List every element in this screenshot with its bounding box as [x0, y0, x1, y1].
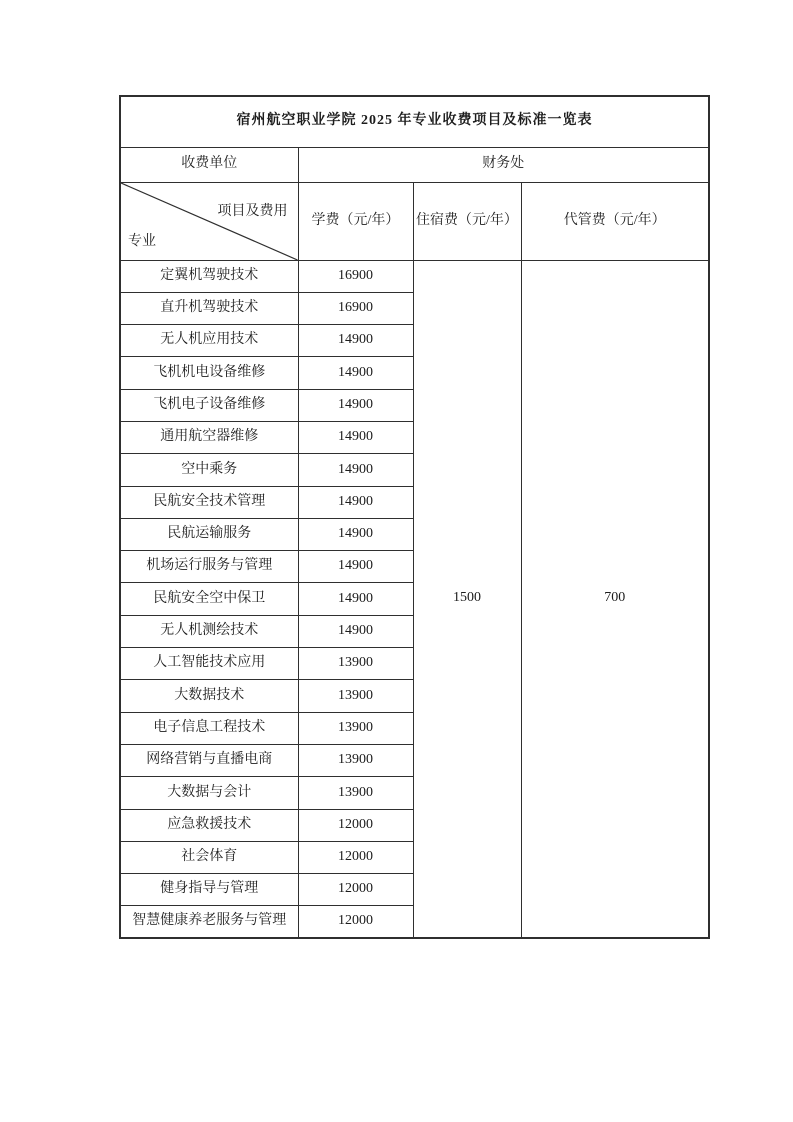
tuition-cell: 14900 [298, 518, 413, 550]
major-cell: 飞机电子设备维修 [120, 389, 298, 421]
major-cell: 民航安全技术管理 [120, 486, 298, 518]
major-cell: 人工智能技术应用 [120, 648, 298, 680]
document-page: 宿州航空职业学院 2025 年专业收费项目及标准一览表 收费单位 财务处 项目及… [0, 0, 793, 1122]
tuition-cell: 12000 [298, 841, 413, 873]
major-cell: 电子信息工程技术 [120, 712, 298, 744]
tuition-cell: 14900 [298, 454, 413, 486]
tuition-cell: 16900 [298, 292, 413, 324]
charging-unit-value: 财务处 [298, 147, 709, 182]
major-cell: 飞机机电设备维修 [120, 357, 298, 389]
major-cell: 社会体育 [120, 841, 298, 873]
major-cell: 民航运输服务 [120, 518, 298, 550]
tuition-cell: 12000 [298, 906, 413, 938]
tuition-cell: 13900 [298, 648, 413, 680]
tuition-cell: 14900 [298, 357, 413, 389]
tuition-cell: 14900 [298, 389, 413, 421]
tuition-cell: 16900 [298, 260, 413, 292]
tuition-cell: 13900 [298, 777, 413, 809]
table-row: 定翼机驾驶技术 16900 1500 700 [120, 260, 709, 292]
tuition-cell: 14900 [298, 486, 413, 518]
tuition-cell: 13900 [298, 712, 413, 744]
charging-unit-label: 收费单位 [120, 147, 298, 182]
major-cell: 智慧健康养老服务与管理 [120, 906, 298, 938]
tuition-cell: 14900 [298, 615, 413, 647]
tuition-cell: 12000 [298, 874, 413, 906]
fee-table: 宿州航空职业学院 2025 年专业收费项目及标准一览表 收费单位 财务处 项目及… [119, 95, 710, 939]
major-cell: 空中乘务 [120, 454, 298, 486]
column-header-row: 项目及费用 专业 学费（元/年） 住宿费（元/年） 代管费（元/年） [120, 182, 709, 260]
major-cell: 健身指导与管理 [120, 874, 298, 906]
major-cell: 大数据技术 [120, 680, 298, 712]
major-cell: 通用航空器维修 [120, 421, 298, 453]
major-cell: 无人机应用技术 [120, 325, 298, 357]
header-custodial-fee: 代管费（元/年） [521, 182, 709, 260]
tuition-cell: 14900 [298, 551, 413, 583]
tuition-cell: 12000 [298, 809, 413, 841]
title-row: 宿州航空职业学院 2025 年专业收费项目及标准一览表 [120, 96, 709, 147]
tuition-cell: 14900 [298, 325, 413, 357]
header-tuition: 学费（元/年） [298, 182, 413, 260]
tuition-cell: 14900 [298, 583, 413, 615]
tuition-cell: 13900 [298, 680, 413, 712]
diagonal-header-cell: 项目及费用 专业 [120, 182, 298, 260]
major-cell: 机场运行服务与管理 [120, 551, 298, 583]
major-cell: 直升机驾驶技术 [120, 292, 298, 324]
major-cell: 无人机测绘技术 [120, 615, 298, 647]
tuition-cell: 14900 [298, 421, 413, 453]
major-cell: 民航安全空中保卫 [120, 583, 298, 615]
major-cell: 定翼机驾驶技术 [120, 260, 298, 292]
page-title: 宿州航空职业学院 2025 年专业收费项目及标准一览表 [120, 96, 709, 147]
accommodation-fee-cell: 1500 [413, 260, 521, 938]
tuition-cell: 13900 [298, 744, 413, 776]
major-cell: 大数据与会计 [120, 777, 298, 809]
custodial-fee-cell: 700 [521, 260, 709, 938]
major-cell: 应急救援技术 [120, 809, 298, 841]
major-cell: 网络营销与直播电商 [120, 744, 298, 776]
charging-unit-row: 收费单位 财务处 [120, 147, 709, 182]
header-items-and-fees-label: 项目及费用 [218, 204, 288, 221]
header-accommodation-fee: 住宿费（元/年） [413, 182, 521, 260]
header-major-label: 专业 [128, 234, 156, 251]
